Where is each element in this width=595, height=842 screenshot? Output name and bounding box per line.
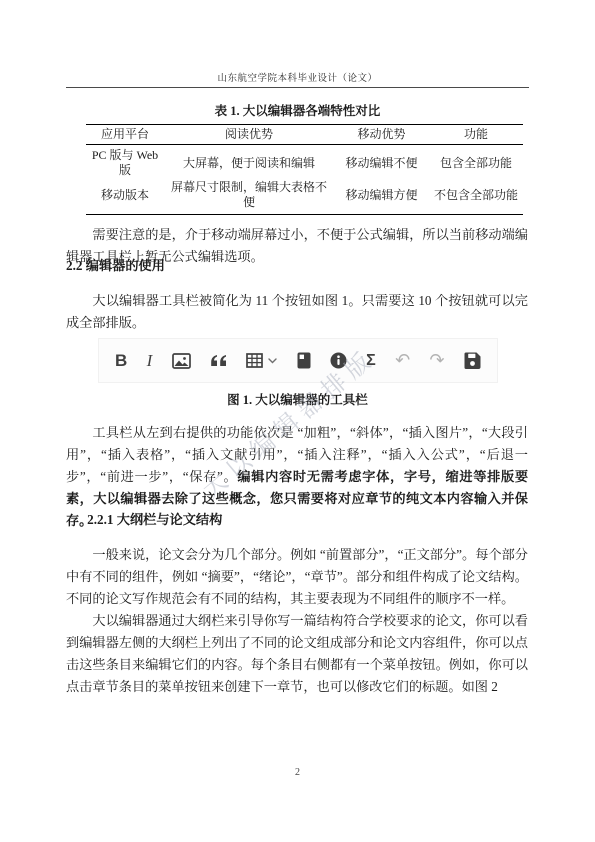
- page-header: 山东航空学院本科毕业设计（论文）: [0, 70, 595, 84]
- insert-image-icon: [172, 353, 191, 369]
- column-header: 移动优势: [334, 125, 429, 145]
- undo-icon: ↶: [395, 352, 410, 370]
- redo-icon: ↷: [429, 352, 444, 370]
- table-cell: 屏幕尺寸限制，编辑大表格不便: [164, 179, 334, 215]
- table-cell: 包含全部功能: [429, 145, 523, 180]
- column-header: 应用平台: [86, 125, 164, 145]
- table-cell: PC 版与 Web 版: [86, 145, 164, 180]
- document-page: 山东航空学院本科毕业设计（论文） 表 1. 大以编辑器各端特性对比 应用平台 阅…: [0, 0, 595, 842]
- editor-toolbar-figure: B I: [98, 338, 498, 383]
- italic-icon: I: [147, 351, 153, 371]
- paragraph: 一般来说，论文会分为几个部分。例如 “前置部分”，“正文部分”。每个部分中有不同…: [66, 544, 528, 610]
- table-cell: 不包含全部功能: [429, 179, 523, 215]
- save-icon: [464, 352, 481, 369]
- annotation-icon: [330, 352, 347, 369]
- paragraph: 大以编辑器工具栏被简化为 11 个按钮如图 1。只需要这 10 个按钮就可以完成…: [66, 290, 528, 334]
- section-heading-2-2: 2.2 编辑器的使用: [66, 255, 528, 277]
- table-cell: 大屏幕，便于阅读和编辑: [164, 145, 334, 180]
- blockquote-icon: [210, 354, 227, 367]
- figure-caption: 图 1. 大以编辑器的工具栏: [0, 390, 595, 410]
- paragraph: 大以编辑器通过大纲栏来引导你写一篇结构符合学校要求的论文，你可以看到编辑器左侧的…: [66, 610, 528, 698]
- table-cell: 移动版本: [86, 179, 164, 215]
- header-rule: [66, 87, 529, 88]
- insert-table-icon: [246, 353, 277, 368]
- column-header: 功能: [429, 125, 523, 145]
- table-row: 移动版本 屏幕尺寸限制，编辑大表格不便 移动编辑方便 不包含全部功能: [86, 179, 523, 215]
- table-cell: 移动编辑方便: [334, 179, 429, 215]
- citation-icon: [297, 352, 311, 369]
- table-row: PC 版与 Web 版 大屏幕，便于阅读和编辑 移动编辑不便 包含全部功能: [86, 145, 523, 180]
- table-caption: 表 1. 大以编辑器各端特性对比: [0, 101, 595, 119]
- chevron-down-icon: [268, 358, 277, 364]
- page-number: 2: [0, 767, 595, 778]
- section-heading-2-2-1: 2.2.1 大纲栏与论文结构: [66, 509, 528, 531]
- formula-icon: Σ: [366, 352, 376, 370]
- table-header-row: 应用平台 阅读优势 移动优势 功能: [86, 125, 523, 145]
- bold-icon: B: [115, 351, 127, 371]
- column-header: 阅读优势: [164, 125, 334, 145]
- table-cell: 移动编辑不便: [334, 145, 429, 180]
- comparison-table: 应用平台 阅读优势 移动优势 功能 PC 版与 Web 版 大屏幕，便于阅读和编…: [86, 124, 523, 215]
